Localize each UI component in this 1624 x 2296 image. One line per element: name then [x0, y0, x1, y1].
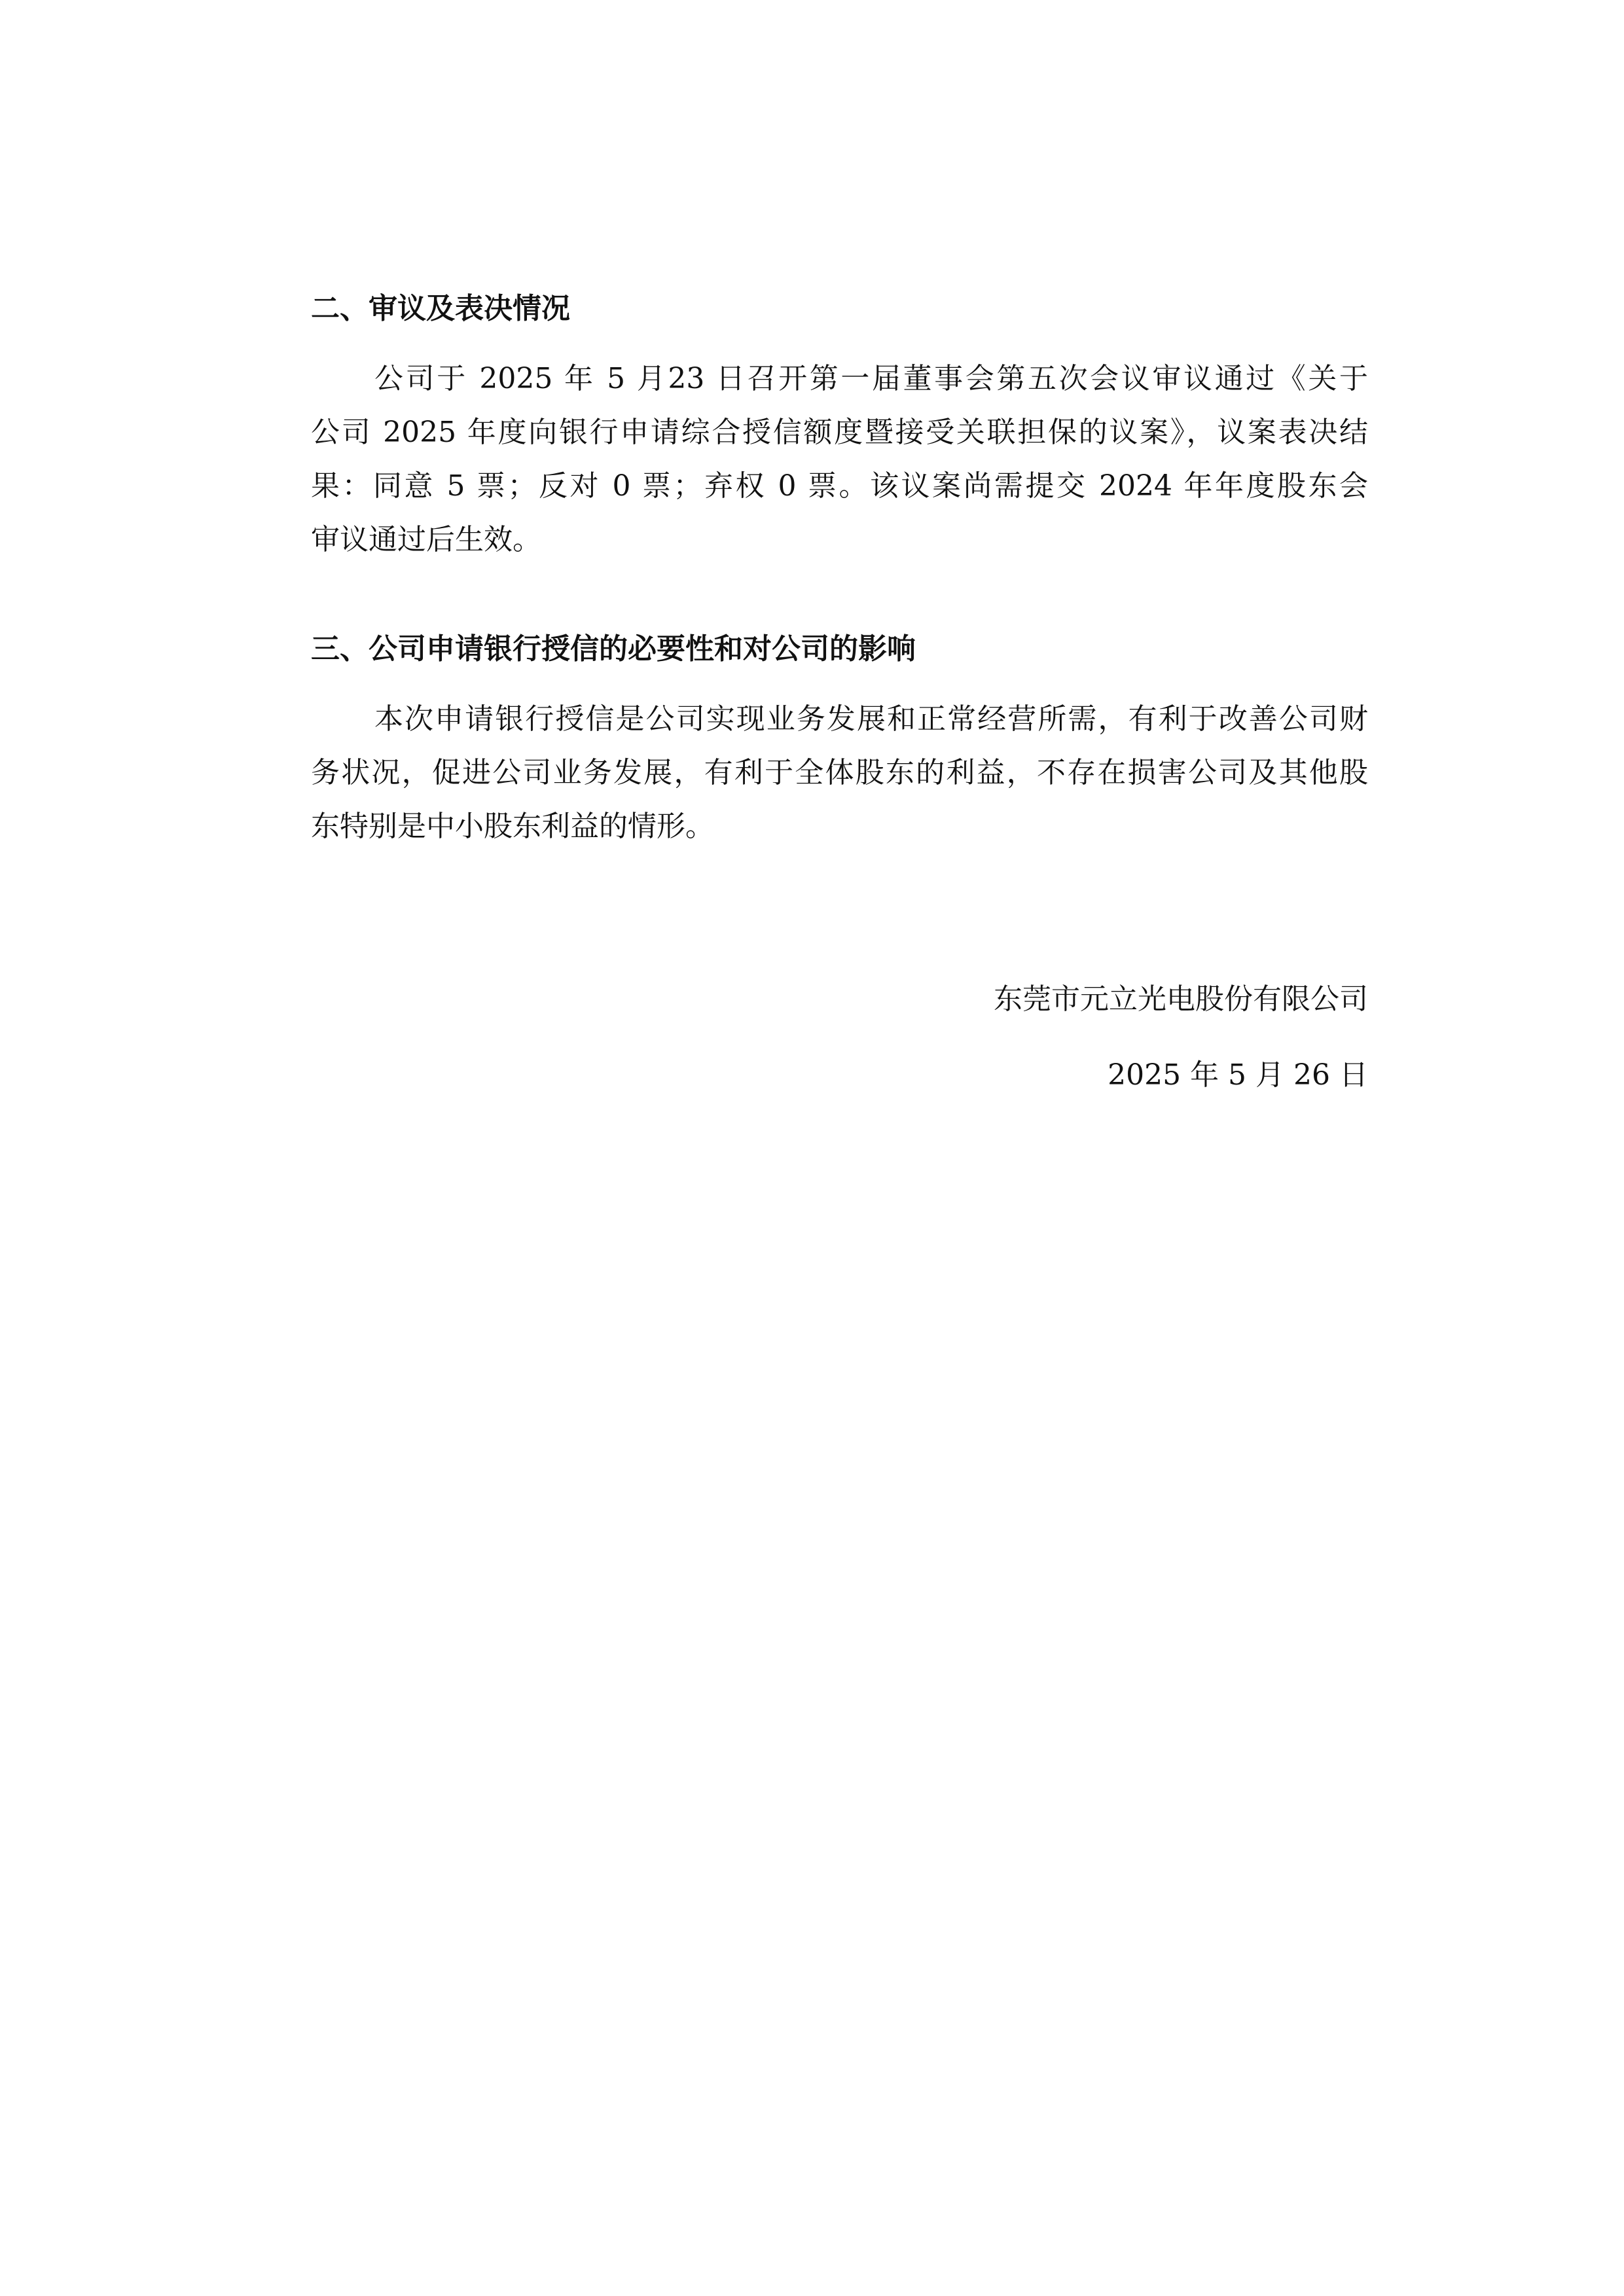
paragraph-line: 东特别是中小股东利益的情形。: [247, 800, 1368, 853]
paragraph-line: 公司于 2025 年 5 月23 日召开第一届董事会第五次会议审议通过《关于: [247, 352, 1368, 406]
signature-company: 东莞市元立光电股份有限公司: [994, 980, 1368, 1019]
paragraph-review-voting: 公司于 2025 年 5 月23 日召开第一届董事会第五次会议审议通过《关于 公…: [247, 352, 1368, 567]
paragraph-line: 务状况，促进公司业务发展，有利于全体股东的利益，不存在损害公司及其他股: [247, 746, 1368, 800]
paragraph-line: 果：同意 5 票；反对 0 票；弃权 0 票。该议案尚需提交 2024 年年度股…: [247, 459, 1368, 513]
signature-date: 2025 年 5 月 26 日: [1108, 1056, 1368, 1095]
section-heading-necessity-impact: 三、公司申请银行授信的必要性和对公司的影响: [311, 630, 916, 669]
paragraph-line: 公司 2025 年度向银行申请综合授信额度暨接受关联担保的议案》，议案表决结: [247, 406, 1368, 459]
paragraph-line: 本次申请银行授信是公司实现业务发展和正常经营所需，有利于改善公司财: [247, 692, 1368, 746]
section-heading-review-voting: 二、审议及表决情况: [311, 289, 570, 329]
paragraph-necessity-impact: 本次申请银行授信是公司实现业务发展和正常经营所需，有利于改善公司财 务状况，促进…: [247, 692, 1368, 853]
paragraph-line: 审议通过后生效。: [247, 513, 1368, 567]
